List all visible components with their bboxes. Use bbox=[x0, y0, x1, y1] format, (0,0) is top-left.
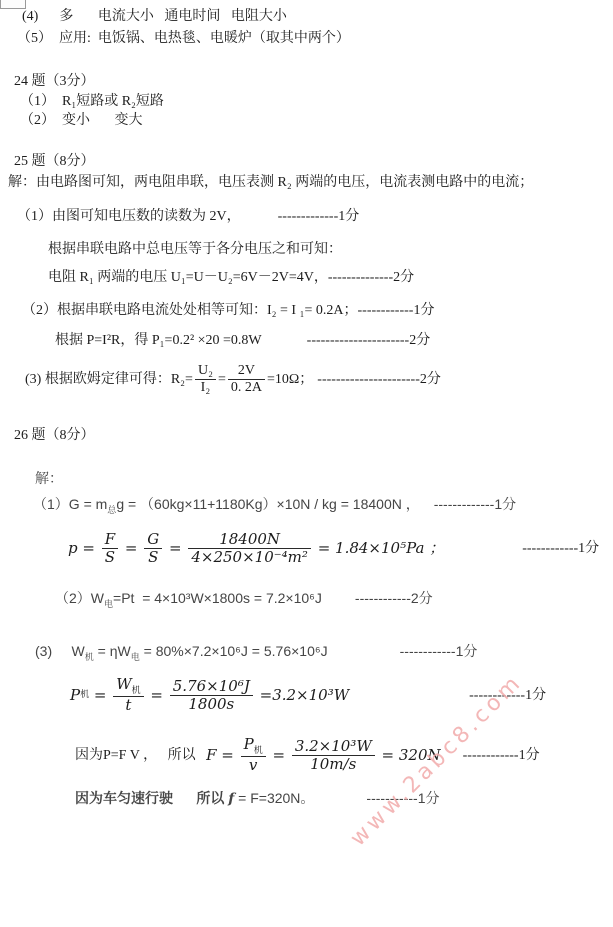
fraction: GS bbox=[144, 531, 162, 567]
score-mark: ------------1分 bbox=[358, 303, 435, 318]
fraction: 18400N4×250×10⁻⁴m² bbox=[188, 531, 311, 567]
subscript: 机 bbox=[80, 690, 89, 701]
score-mark: -------------1分 bbox=[434, 496, 516, 512]
formula-text: =Pt = 4×10³W×1800s = 7.2×10⁶J bbox=[113, 590, 322, 606]
formula-result: =10Ω； bbox=[267, 371, 313, 389]
formula-text: g = （60kg×11+1180Kg）×10N / kg = 18400N ， bbox=[116, 496, 419, 512]
formula-result: =3.2×10³W bbox=[255, 686, 349, 705]
q25-title: 25 题（8分） bbox=[14, 153, 95, 171]
fraction-numerator: 3.2×10³W bbox=[292, 738, 375, 756]
fraction-numerator: F bbox=[102, 531, 118, 549]
subscript: 电 bbox=[131, 652, 140, 662]
q26-step2-line: （2）W电=Pt = 4×10³W×1800s = 7.2×10⁶J------… bbox=[55, 590, 433, 610]
fraction-numerator: 18400N bbox=[188, 531, 311, 549]
fraction-numerator: U₂ bbox=[195, 363, 216, 380]
reason-text: 因为P=F V ， 所以 bbox=[75, 747, 206, 765]
fraction: FS bbox=[102, 531, 118, 567]
score-mark: ------------2分 bbox=[355, 590, 433, 606]
reason-text: 因为车匀速行驶 所以 bbox=[75, 790, 228, 806]
fraction-numerator: 5.76×10⁶J bbox=[170, 678, 253, 696]
subscript: 机 bbox=[132, 686, 141, 696]
formula-result: = F=320N。 bbox=[234, 790, 314, 806]
fraction-denominator: 0. 2A bbox=[228, 380, 265, 396]
q26-solution-label: 解： bbox=[35, 470, 63, 488]
subscript: 机 bbox=[254, 746, 263, 756]
score-mark: ----------------------2分 bbox=[317, 371, 441, 389]
fraction: 5.76×10⁶J1800s bbox=[170, 678, 253, 714]
fraction-denominator: v bbox=[241, 757, 266, 774]
answer-text: （2）根据串联电路电流处处相等可知：I₂ = I ₁= 0.2A； bbox=[22, 303, 358, 318]
answer-text: 电阻 R₁ 两端的电压 U₁=U－U₂=6V－2V=4V， bbox=[48, 270, 328, 285]
formula-result: = 1.84×10⁵Pa ； bbox=[313, 539, 444, 558]
q25-step1-line3: 电阻 R₁ 两端的电压 U₁=U－U₂=6V－2V=4V，-----------… bbox=[48, 269, 414, 287]
score-mark: ------------1分 bbox=[463, 747, 540, 765]
formula-text: = ηW bbox=[94, 643, 131, 659]
fraction-denominator: 10m/s bbox=[292, 756, 375, 773]
formula-text: （2）W bbox=[55, 590, 104, 606]
subscript: 总 bbox=[107, 505, 116, 515]
numerator-text: P bbox=[244, 735, 254, 753]
q26-step1-line1: （1）G = m总g = （60kg×11+1180Kg）×10N / kg =… bbox=[33, 496, 516, 516]
prev-item-5: （5） 应用: 电饭锅、电热毯、电暖炉（取其中两个） bbox=[17, 30, 350, 48]
numerator-text: W bbox=[116, 675, 131, 693]
fraction-numerator: G bbox=[144, 531, 162, 549]
fraction-denominator: 4×250×10⁻⁴m² bbox=[188, 549, 311, 566]
equals-sign: = bbox=[268, 746, 290, 765]
fraction: 2V0. 2A bbox=[228, 363, 265, 396]
score-mark: --------------2分 bbox=[328, 270, 414, 285]
formula-text: (3) W bbox=[35, 643, 85, 659]
document-page: (4) 多 电流大小 通电时间 电阻大小 （5） 应用: 电饭锅、电热毯、电暖炉… bbox=[0, 0, 613, 927]
fraction: P机v bbox=[241, 736, 266, 775]
fraction-denominator: t bbox=[113, 697, 143, 714]
q24-title: 24 题（3分） bbox=[14, 73, 95, 91]
q25-step1-line1: （1）由图可知电压数的读数为 2V，-------------1分 bbox=[17, 208, 359, 226]
q25-step3-formula: (3) 根据欧姆定律可得：R₂=U₂I₂=2V0. 2A=10Ω；-------… bbox=[25, 363, 441, 396]
score-mark: ------------1分 bbox=[522, 540, 599, 558]
fraction-denominator: 1800s bbox=[170, 696, 253, 713]
fraction-denominator: S bbox=[144, 549, 162, 566]
formula-text: = 80%×7.2×10⁶J = 5.76×10⁶J bbox=[140, 643, 328, 659]
fraction: 3.2×10³W10m/s bbox=[292, 738, 375, 774]
fraction-denominator: S bbox=[102, 549, 118, 566]
equals-sign: = bbox=[164, 539, 186, 558]
q26-step3-line1: (3) W机 = ηW电 = 80%×7.2×10⁶J = 5.76×10⁶J-… bbox=[35, 643, 477, 663]
fraction: U₂I₂ bbox=[195, 363, 216, 396]
equals-sign: = bbox=[120, 539, 142, 558]
q25-step1-line2: 根据串联电路中总电压等于各分电压之和可知： bbox=[48, 241, 342, 259]
fraction-numerator: W机 bbox=[113, 676, 143, 697]
formula-text: P bbox=[70, 686, 80, 705]
score-mark: ------------1分 bbox=[400, 643, 478, 659]
subscript: 电 bbox=[104, 599, 113, 609]
q24-item-1: （1） R₁短路或 R₂短路 bbox=[20, 93, 164, 111]
formula-text: F = bbox=[206, 746, 239, 765]
formula-text: （1）G = m bbox=[33, 496, 107, 512]
score-mark: -------------1分 bbox=[278, 209, 360, 224]
fraction-denominator: I₂ bbox=[195, 380, 216, 396]
q26-step1-pressure-formula: p = FS = GS = 18400N4×250×10⁻⁴m² = 1.84×… bbox=[68, 531, 599, 567]
fraction-numerator: P机 bbox=[241, 736, 266, 757]
score-mark: ----------------------2分 bbox=[307, 333, 431, 348]
answer-text: （1）由图可知电压数的读数为 2V， bbox=[17, 209, 241, 224]
fraction-numerator: 2V bbox=[228, 363, 265, 380]
equals-sign: = bbox=[89, 686, 111, 705]
q26-title: 26 题（8分） bbox=[14, 427, 95, 445]
q25-solution-intro: 解：由电路图可知，两电阻串联，电压表测 R₂ 两端的电压，电流表测电路中的电流； bbox=[8, 174, 533, 192]
q25-step2-line1: （2）根据串联电路电流处处相等可知：I₂ = I ₁= 0.2A；-------… bbox=[22, 302, 434, 320]
fraction: W机t bbox=[113, 676, 143, 715]
subscript: 机 bbox=[85, 652, 94, 662]
q25-step2-line2: 根据 P=I²R，得 P₁=0.2² ×20 =0.8W------------… bbox=[55, 332, 430, 350]
equals-sign: = bbox=[146, 686, 168, 705]
formula-prefix: (3) 根据欧姆定律可得：R₂= bbox=[25, 371, 193, 389]
equals-sign: = bbox=[218, 371, 226, 389]
answer-text: 根据 P=I²R，得 P₁=0.2² ×20 =0.8W bbox=[55, 333, 262, 348]
prev-item-4: (4) 多 电流大小 通电时间 电阻大小 bbox=[22, 8, 287, 26]
q24-item-2: （2） 变小 变大 bbox=[20, 112, 143, 130]
formula-text: p = bbox=[68, 539, 100, 558]
